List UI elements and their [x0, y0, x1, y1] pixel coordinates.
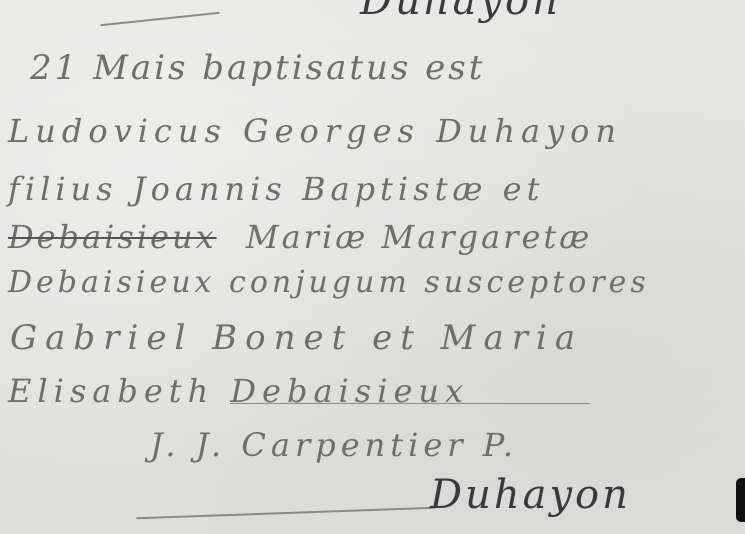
entry-line-4: Debaisieux Mariæ Margaretæ — [8, 218, 592, 256]
duhayon-signature: Duhayon — [430, 472, 631, 518]
entry-line-2: Ludovicus Georges Duhayon — [8, 112, 622, 150]
top-signature-fragment: Duhayon — [360, 0, 561, 24]
entry-line-5: Debaisieux conjugum susceptores — [8, 265, 650, 300]
entry-line-4-text: Mariæ Margaretæ — [246, 218, 593, 256]
underline-line-7 — [230, 403, 590, 404]
entry-line-1: 21 Mais baptisatus est — [30, 48, 485, 88]
struck-word: Debaisieux — [8, 218, 217, 256]
priest-signature: J. J. Carpentier P. — [150, 426, 518, 464]
page-edge-shadow — [736, 478, 745, 522]
entry-line-3: filius Joannis Baptistæ et — [8, 170, 544, 208]
entry-line-6: Gabriel Bonet et Maria — [10, 318, 583, 358]
entry-line-7: Elisabeth Debaisieux — [8, 372, 469, 410]
